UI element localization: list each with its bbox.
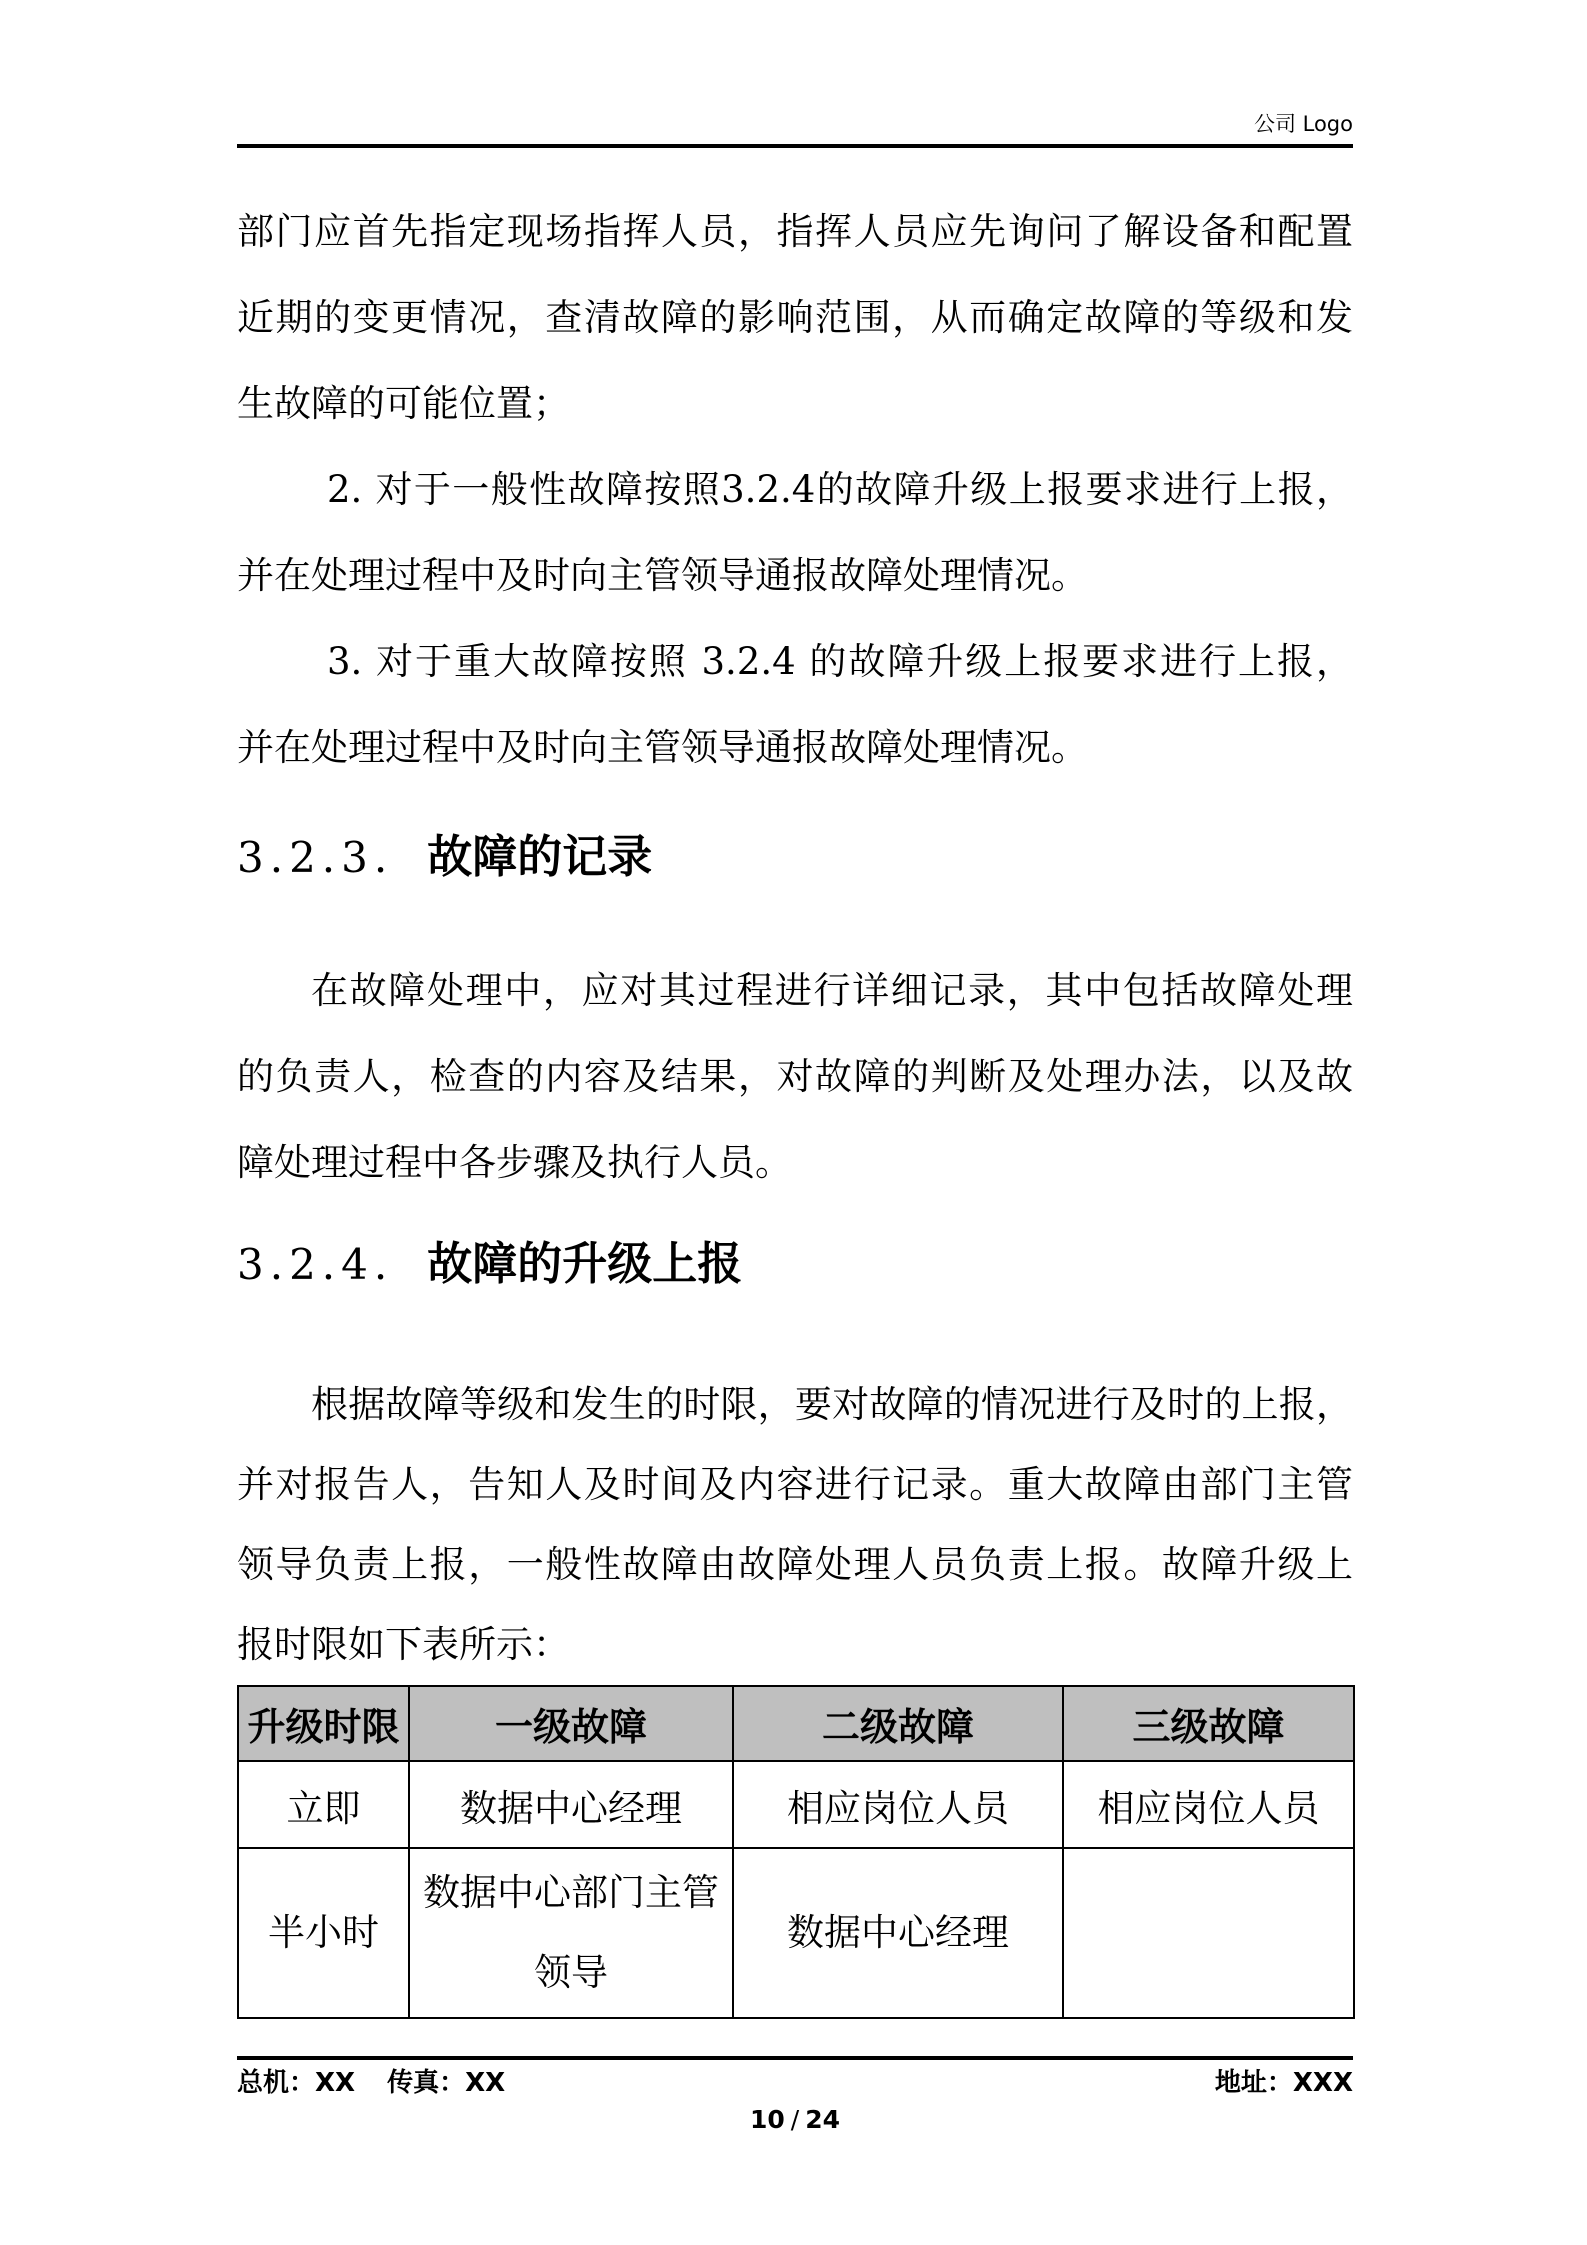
body-line: 报时限如下表所示： <box>237 1605 1353 1685</box>
table-cell: 数据中心经理 <box>733 1848 1063 2018</box>
footer-divider <box>237 2056 1353 2060</box>
section-number: 3.2.3. <box>237 833 393 882</box>
body-line: 3. 对于重大故障按照 3.2.4 的故障升级上报要求进行上报， <box>237 619 1353 705</box>
body-line: 近期的变更情况，查清故障的影响范围，从而确定故障的等级和发 <box>237 275 1353 361</box>
paragraph-fault-command: 部门应首先指定现场指挥人员，指挥人员应先询问了解设备和配置 近期的变更情况，查清… <box>237 189 1353 447</box>
footer-address: 地址：XXX <box>1215 2068 1353 2098</box>
company-logo-text: 公司 Logo <box>1254 112 1353 136</box>
table-cell: 相应岗位人员 <box>733 1761 1063 1848</box>
document-page: 公司 Logo 部门应首先指定现场指挥人员，指挥人员应先询问了解设备和配置 近期… <box>0 0 1587 2245</box>
table-cell: 相应岗位人员 <box>1063 1761 1354 1848</box>
document-body: 部门应首先指定现场指挥人员，指挥人员应先询问了解设备和配置 近期的变更情况，查清… <box>237 189 1353 2019</box>
body-line: 并对报告人，告知人及时间及内容进行记录。重大故障由部门主管 <box>237 1445 1353 1525</box>
page-footer: 总机：XX传真：XX 地址：XXX <box>237 2068 1353 2098</box>
footer-fax: 传真：XX <box>387 2068 505 2098</box>
page-current: 10 <box>750 2105 785 2134</box>
table-header-cell: 三级故障 <box>1063 1686 1354 1761</box>
page-separator: / <box>785 2105 805 2134</box>
paragraph-escalation: 根据故障等级和发生的时限，要对故障的情况进行及时的上报， 并对报告人，告知人及时… <box>237 1365 1353 1685</box>
table-cell: 立即 <box>238 1761 409 1848</box>
body-line: 根据故障等级和发生的时限，要对故障的情况进行及时的上报， <box>237 1365 1353 1445</box>
table-row: 半小时 数据中心部门主管领导 数据中心经理 <box>238 1848 1354 2018</box>
section-title: 故障的记录 <box>427 830 652 883</box>
page-header: 公司 Logo <box>237 0 1353 148</box>
table-cell: 半小时 <box>238 1848 409 2018</box>
escalation-table: 升级时限 一级故障 二级故障 三级故障 立即 数据中心经理 相应岗位人员 相应岗… <box>237 1685 1355 2019</box>
section-title: 故障的升级上报 <box>427 1237 742 1290</box>
page-content: 公司 Logo 部门应首先指定现场指挥人员，指挥人员应先询问了解设备和配置 近期… <box>237 0 1353 2134</box>
page-number: 10/24 <box>237 2106 1353 2134</box>
section-heading-3-2-3: 3.2.3.故障的记录 <box>237 827 1353 894</box>
body-line: 领导负责上报，一般性故障由故障处理人员负责上报。故障升级上 <box>237 1525 1353 1605</box>
table-cell: 数据中心部门主管领导 <box>409 1848 733 2018</box>
body-line: 并在处理过程中及时向主管领导通报故障处理情况。 <box>237 533 1353 619</box>
footer-contact: 总机：XX传真：XX <box>237 2068 505 2098</box>
footer-phone: 总机：XX <box>237 2068 355 2098</box>
table-header-row: 升级时限 一级故障 二级故障 三级故障 <box>238 1686 1354 1761</box>
body-line: 并在处理过程中及时向主管领导通报故障处理情况。 <box>237 705 1353 791</box>
body-line: 障处理过程中各步骤及执行人员。 <box>237 1120 1353 1206</box>
page-total: 24 <box>805 2105 840 2134</box>
body-line: 的负责人，检查的内容及结果，对故障的判断及处理办法，以及故 <box>237 1034 1353 1120</box>
body-line: 2. 对于一般性故障按照3.2.4的故障升级上报要求进行上报， <box>237 447 1353 533</box>
list-item-2: 2. 对于一般性故障按照3.2.4的故障升级上报要求进行上报， 并在处理过程中及… <box>237 447 1353 619</box>
table-header-cell: 二级故障 <box>733 1686 1063 1761</box>
paragraph-fault-record: 在故障处理中，应对其过程进行详细记录，其中包括故障处理 的负责人，检查的内容及结… <box>237 948 1353 1206</box>
body-line: 生故障的可能位置； <box>237 361 1353 447</box>
body-line: 部门应首先指定现场指挥人员，指挥人员应先询问了解设备和配置 <box>237 189 1353 275</box>
table-cell: 数据中心经理 <box>409 1761 733 1848</box>
list-item-3: 3. 对于重大故障按照 3.2.4 的故障升级上报要求进行上报， 并在处理过程中… <box>237 619 1353 791</box>
body-line: 在故障处理中，应对其过程进行详细记录，其中包括故障处理 <box>237 948 1353 1034</box>
section-number: 3.2.4. <box>237 1240 393 1289</box>
section-heading-3-2-4: 3.2.4.故障的升级上报 <box>237 1234 1353 1301</box>
table-header-cell: 升级时限 <box>238 1686 409 1761</box>
table-row: 立即 数据中心经理 相应岗位人员 相应岗位人员 <box>238 1761 1354 1848</box>
table-cell <box>1063 1848 1354 2018</box>
table-header-cell: 一级故障 <box>409 1686 733 1761</box>
